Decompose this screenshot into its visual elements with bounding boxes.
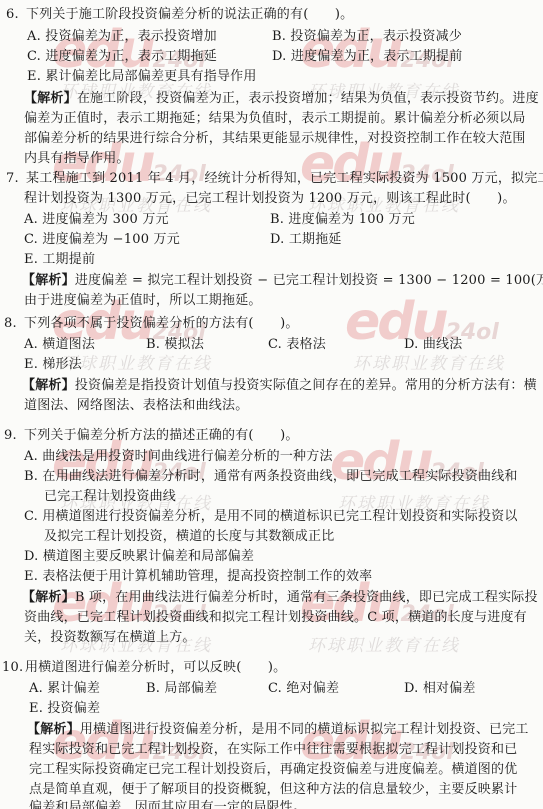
option-e: E. 表格法便于用计算机辅助管理，提高投资控制工作的效率 [24,569,372,585]
watermark-logo: edu24ol [300,142,460,197]
analysis-label: 【解析】 [22,378,75,393]
option-b: B. 进度偏差为 100 万元 [270,212,415,228]
option-a: A. 进度偏差为 300 万元 [24,212,169,228]
analysis-line: 道图法、网络图法、表格法和曲线法。 [24,398,248,414]
analysis-line: 关，投资数额写在横道上方。 [24,630,196,646]
option-a: A. 曲线法是用投资时间曲线进行偏差分析的一种方法 [24,449,333,465]
question-stem: 程计划投资为 1300 万元，已完工程计划投资为 1200 万元，则该工程此时(… [24,191,516,207]
option-d: D. 进度偏差为正，表示工期提前 [272,49,462,65]
option-b: B. 在用曲线法进行偏差分析时，通常有两条投资曲线，即已完成工程实际投资曲线和 [24,469,518,485]
option-b: B. 模拟法 [146,337,204,353]
option-e: E. 工期提前 [24,252,95,268]
option-a: A. 投资偏差为正，表示投资增加 [27,29,217,45]
analysis-line: 【解析】在施工阶段，投资偏差为正，表示投资增加；结果为负值，表示投资节约。进度 [24,91,539,107]
question-stem: 用横道图进行偏差分析时，可以反映( )。 [25,660,286,676]
question-stem: 下列各项不属于投资偏差分析的方法有( )。 [24,316,299,332]
option-a: A. 累计偏差 [29,681,100,697]
question-number: 6. [6,7,19,23]
option-c: C. 进度偏差为正，表示工期拖延 [27,49,217,65]
document-page: edu24ol 环球职业教育在线 edu24ol 环球职业教育在线 edu24o… [0,0,543,809]
option-d: D. 工期拖延 [270,232,342,248]
analysis-line: 由于进度偏差为正值时，所以工期拖延。 [24,293,262,309]
option-b: B. 局部偏差 [146,681,217,697]
question-number: 7. [6,171,19,187]
analysis-line: 【解析】用横道图进行投资偏差分析，是用不同的横道标识拟完工程计划投资、已完工 [27,722,529,738]
analysis-line: 偏差为正值时，表示工期拖延；结果为负值时，表示工期提前。累计偏差分析必须以局 [24,111,526,127]
option-d: D. 横道图主要反映累计偏差和局部偏差 [24,549,254,565]
option-c: C. 用横道图进行投资偏差分析，是用不同的横道标识已完工程计划投资和实际投资以 [24,509,518,525]
option-c: C. 绝对偏差 [268,681,339,697]
analysis-label: 【解析】 [22,273,75,288]
option-a: A. 横道图法 [24,337,95,353]
analysis-line: 程实际投资和已完工程计划投资，在实际工作中往往需要根据拟完工程计划投资和已 [29,742,517,758]
watermark-tagline: 环球职业教育在线 [308,631,460,656]
option-d: D. 相对偏差 [404,681,476,697]
analysis-line: 【解析】B 项，在用曲线法进行偏差分析时，通常有三条投资曲线，即已完成工程实际投 [22,590,538,606]
analysis-line: 内具有指导作用。 [24,151,130,167]
analysis-line: 完工程实际投资确定已完工程计划投资后，再确定投资偏差与进度偏差。横道图的优 [29,762,517,778]
question-stem: 下列关于偏差分析方法的描述正确的有( )。 [24,428,299,444]
analysis-line: 【解析】投资偏差是指投资计划值与投资实际值之间存在的差异。常用的分析方法有：横 [22,378,537,394]
option-e: E. 累计偏差比局部偏差更具有指导作用 [27,69,257,85]
question-number: 10. [2,660,23,676]
analysis-line: 点是简单直观，便于了解项目的投资概貌，但这种方法的信息量较少，主要反映累计 [29,782,517,798]
analysis-line: 资曲线，已完工程计划投资曲线和拟完工程计划投资曲线。C 项，横道的长度与进度有 [24,610,527,626]
analysis-label: 【解析】 [24,91,77,106]
option-b: B. 投资偏差为正，表示投资减少 [272,29,462,45]
option-b-continued: 已完工程计划投资曲线 [44,489,176,505]
analysis-line: 偏差和局部偏差，因而其应用有一定的局限性。 [29,800,306,809]
question-number: 8. [4,316,17,332]
analysis-line: 部偏差分析的结果进行综合分析，其结果更能显示规律性，对投资控制工作在较大范围 [24,131,526,147]
option-c-continued: 及拟完工程计划投资，横道的长度与其数额成正比 [44,529,334,545]
option-c: C. 表格法 [268,337,326,353]
option-c: C. 进度偏差为 −100 万元 [24,232,180,248]
analysis-label: 【解析】 [22,590,75,605]
analysis-label: 【解析】 [27,722,80,737]
option-e: E. 投资偏差 [29,701,100,717]
question-stem: 某工程施工到 2011 年 4 月，经统计分析得知，已完工程实际投资为 1500… [26,171,543,187]
question-number: 9. [4,428,17,444]
analysis-line: 【解析】进度偏差 = 拟完工程计划投资 − 已完工程计划投资 = 1300 − … [22,273,543,289]
watermark-logo: edu24ol [330,440,490,495]
question-stem: 下列关于施工阶段投资偏差分析的说法正确的有( )。 [26,7,353,23]
option-e: E. 梯形法 [24,357,82,373]
option-d: D. 曲线法 [404,337,462,353]
